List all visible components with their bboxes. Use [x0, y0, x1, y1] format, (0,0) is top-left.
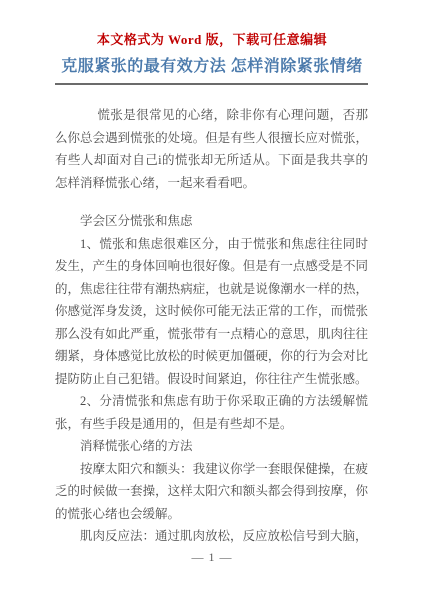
section-heading: 消释慌张心绪的方法	[55, 435, 368, 458]
body-paragraph: 1、慌张和焦虑很难区分，由于慌张和焦虑往往同时发生，产生的身体回响也很好像。但是…	[55, 233, 368, 391]
body-paragraph: 按摩太阳穴和额头：我建议你学一套眼保健操，在疲乏的时候做一套操，这样太阳穴和额头…	[55, 458, 368, 526]
body-paragraph: 2、分清慌张和焦虑有助于你采取正确的方法缓解慌张，有些手段是通用的，但是有些却不…	[55, 390, 368, 435]
page-number: — 1 —	[0, 550, 424, 565]
document-title: 克服紧张的最有效方法 怎样消除紧张情绪	[0, 53, 424, 76]
word-format-notice: 本文格式为 Word 版，下载可任意编辑	[0, 29, 424, 48]
body-paragraph: 肌肉反应法：通过肌肉放松，反应放松信号到大脑，	[55, 525, 368, 548]
body-paragraph: 慌张是很常见的心绪，除非你有心理问题，否那么你总会遇到慌张的处境。但是有些人很擅…	[55, 104, 368, 194]
title-divider-line	[55, 83, 368, 85]
document-page: 本文格式为 Word 版，下载可任意编辑 克服紧张的最有效方法 怎样消除紧张情绪…	[0, 0, 424, 600]
document-body: 慌张是很常见的心绪，除非你有心理问题，否那么你总会遇到慌张的处境。但是有些人很擅…	[55, 104, 368, 548]
section-heading: 学会区分慌张和焦虑	[55, 210, 368, 233]
